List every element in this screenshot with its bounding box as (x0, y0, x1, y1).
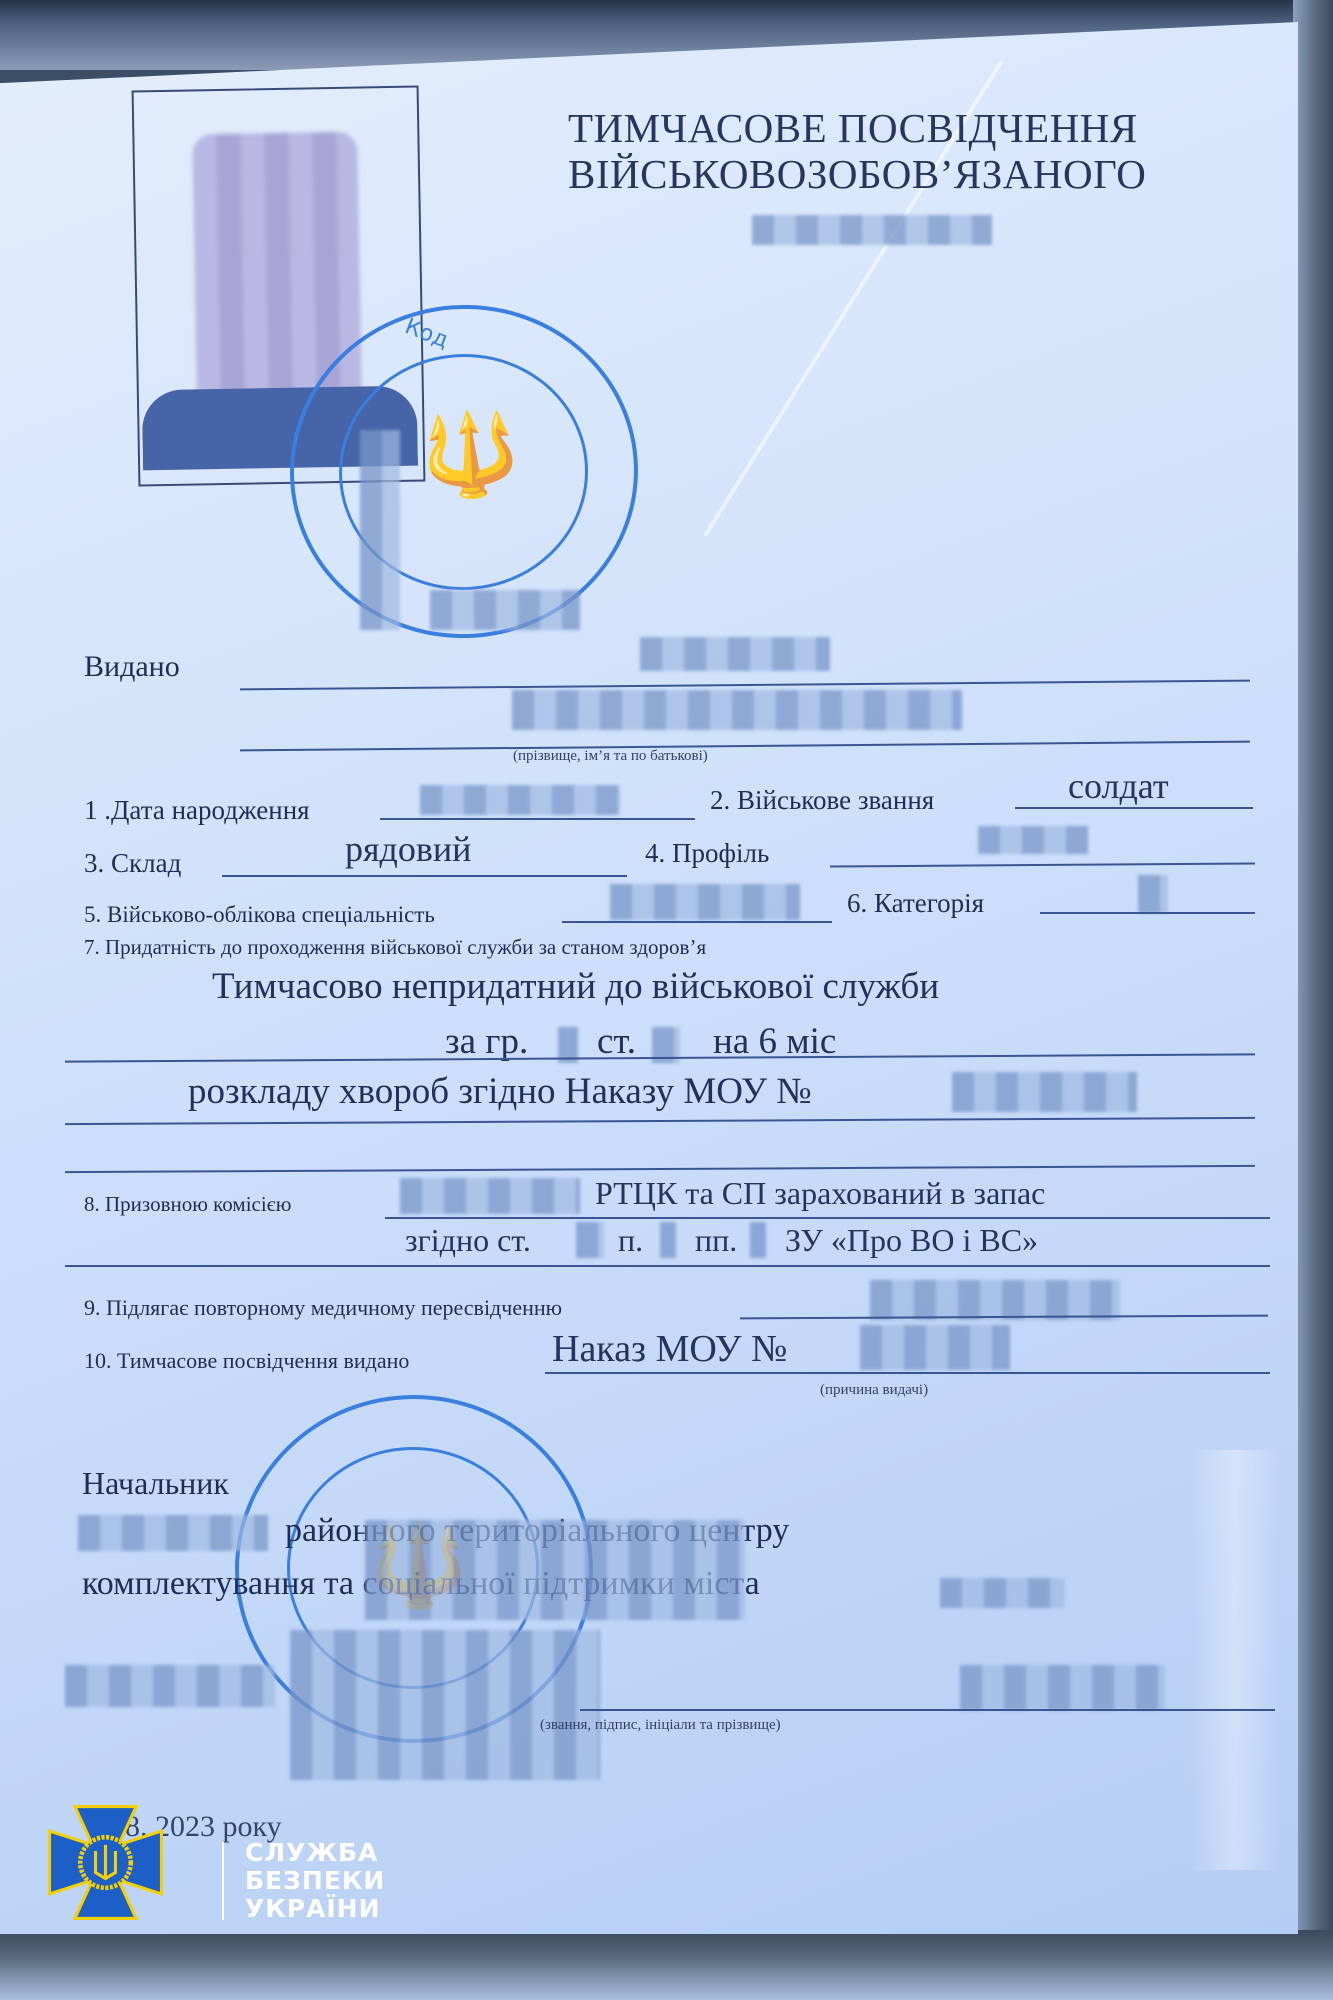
signature-caption: (звання, підпис, ініціали та прізвище) (540, 1717, 781, 1734)
commission-line2-a: згідно ст. (405, 1222, 531, 1259)
serial-number-redacted (752, 215, 992, 245)
fitness-line3: розкладу хвороб згідно Наказу МОУ № (188, 1070, 812, 1113)
fitness-label: 7. Придатність до проходження військової… (84, 935, 706, 960)
signature-head: Начальник (82, 1465, 229, 1502)
commission-line2-b: п. (618, 1222, 643, 1259)
article-redacted (576, 1222, 604, 1258)
category-line (1040, 912, 1255, 914)
staff-label: 3. Склад (84, 848, 181, 879)
logo-divider (222, 1842, 224, 1920)
profile-label: 4. Профіль (645, 838, 769, 869)
birth-date-redacted (420, 785, 620, 815)
sbu-text-line2: БЕЗПЕКИ (245, 1866, 385, 1895)
issued-order-redacted (860, 1325, 1010, 1370)
sbu-text-line1: СЛУЖБА (245, 1838, 378, 1867)
birth-date-line (380, 818, 695, 820)
commission-line2-d: ЗУ «Про ВО і ВС» (785, 1222, 1038, 1259)
specialty-line (562, 921, 832, 923)
staff-value: рядовий (345, 828, 471, 870)
category-redacted (1138, 875, 1168, 913)
issued-reason-value: Наказ МОУ № (552, 1327, 787, 1371)
document-title-line2: ВІЙСЬКОВОЗОБОВ’ЯЗАНОГО (568, 150, 1146, 198)
rank-label: 2. Військове звання (710, 785, 934, 816)
background-bottom (0, 1930, 1333, 2000)
stamp-code-redacted (360, 430, 400, 630)
rank-value: солдат (1068, 765, 1169, 807)
order-number-redacted (952, 1072, 1137, 1112)
issued-reason-caption: (причина видачі) (820, 1382, 928, 1399)
issued-to-label: Видано (84, 650, 180, 684)
commission-label: 8. Призовною комісією (84, 1192, 291, 1217)
point-redacted (660, 1222, 676, 1258)
fitness-line2-a: за гр. (445, 1020, 528, 1063)
signature-line (580, 1709, 1275, 1711)
subpoint-redacted (750, 1222, 766, 1258)
surname-redacted (640, 637, 830, 671)
fitness-line1: Тимчасово непридатний до військової служ… (212, 965, 939, 1008)
issued-reason-label: 10. Тимчасове посвідчення видано (84, 1348, 409, 1374)
plastic-glare (1190, 1450, 1280, 1870)
trident-icon: 🔱 (418, 405, 524, 506)
stamp-code-redacted (430, 590, 580, 630)
sbu-shield-icon (48, 1805, 163, 1920)
city-redacted (78, 1515, 268, 1551)
commission-line-b (65, 1265, 1270, 1267)
rank-line (1015, 807, 1253, 809)
commission-line-a (385, 1217, 1270, 1219)
signature-scribble-redacted (290, 1630, 600, 1780)
staff-line (222, 875, 627, 877)
rank-signature-redacted (65, 1665, 275, 1707)
specialty-redacted (610, 884, 800, 920)
reexam-label: 9. Підлягає повторному медичному пересві… (84, 1295, 562, 1321)
profile-redacted (978, 826, 1088, 854)
issued-reason-line (545, 1372, 1270, 1374)
city-name-redacted (940, 1578, 1065, 1608)
commission-name-redacted (400, 1178, 580, 1214)
specialty-label: 5. Військово-облікова спеціальність (84, 902, 435, 928)
category-label: 6. Категорія (847, 888, 984, 919)
commission-line2-c: пп. (695, 1222, 737, 1259)
initials-redacted (960, 1665, 1165, 1710)
signature-redacted (365, 1520, 745, 1620)
name-caption: (прізвище, ім’я та по батькові) (513, 748, 708, 765)
sbu-text-line3: УКРАЇНИ (245, 1894, 381, 1923)
document-title-line1: ТИМЧАСОВЕ ПОСВІДЧЕННЯ (568, 104, 1138, 152)
commission-line1: РТЦК та СП зарахований в запас (595, 1175, 1045, 1212)
stamp-text: Код (401, 314, 451, 353)
background-right (1293, 0, 1333, 2000)
reexam-date-redacted (870, 1280, 1120, 1320)
name-redacted (512, 690, 962, 730)
birth-date-label: 1 .Дата народження (84, 795, 310, 826)
